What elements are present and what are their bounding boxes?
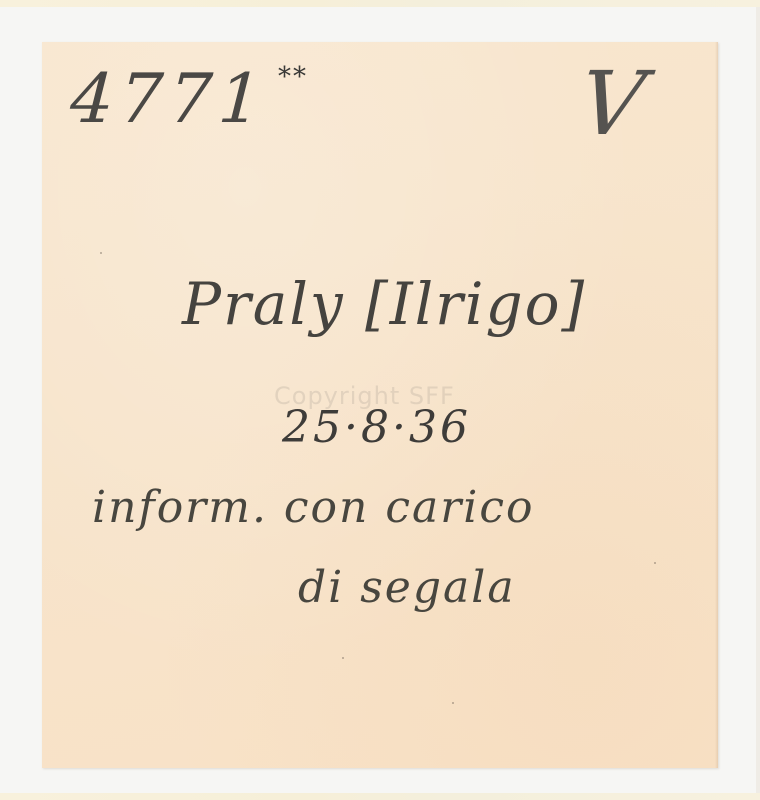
- paper-speck: [100, 252, 102, 254]
- reference-number: 4771: [60, 60, 277, 139]
- ship-name: Praly [Ilrigo]: [182, 270, 586, 338]
- paper-speck: [654, 562, 656, 564]
- corner-mark: V: [563, 52, 661, 155]
- date: 25·8·36: [282, 402, 471, 453]
- mount-edge-top: [0, 0, 760, 7]
- paper-speck: [452, 702, 454, 704]
- paper-speck: [342, 657, 344, 659]
- index-card: 4771 ** V Praly [Ilrigo] Copyright SFF 2…: [42, 42, 718, 768]
- reference-number-text: 4771: [60, 60, 277, 139]
- mount-edge-right: [756, 7, 760, 793]
- note-line-2: di segala: [298, 562, 516, 613]
- note-line-1: inform. con carico: [92, 482, 534, 533]
- mount-edge-bottom: [0, 793, 760, 800]
- reference-star-marks: **: [278, 62, 308, 92]
